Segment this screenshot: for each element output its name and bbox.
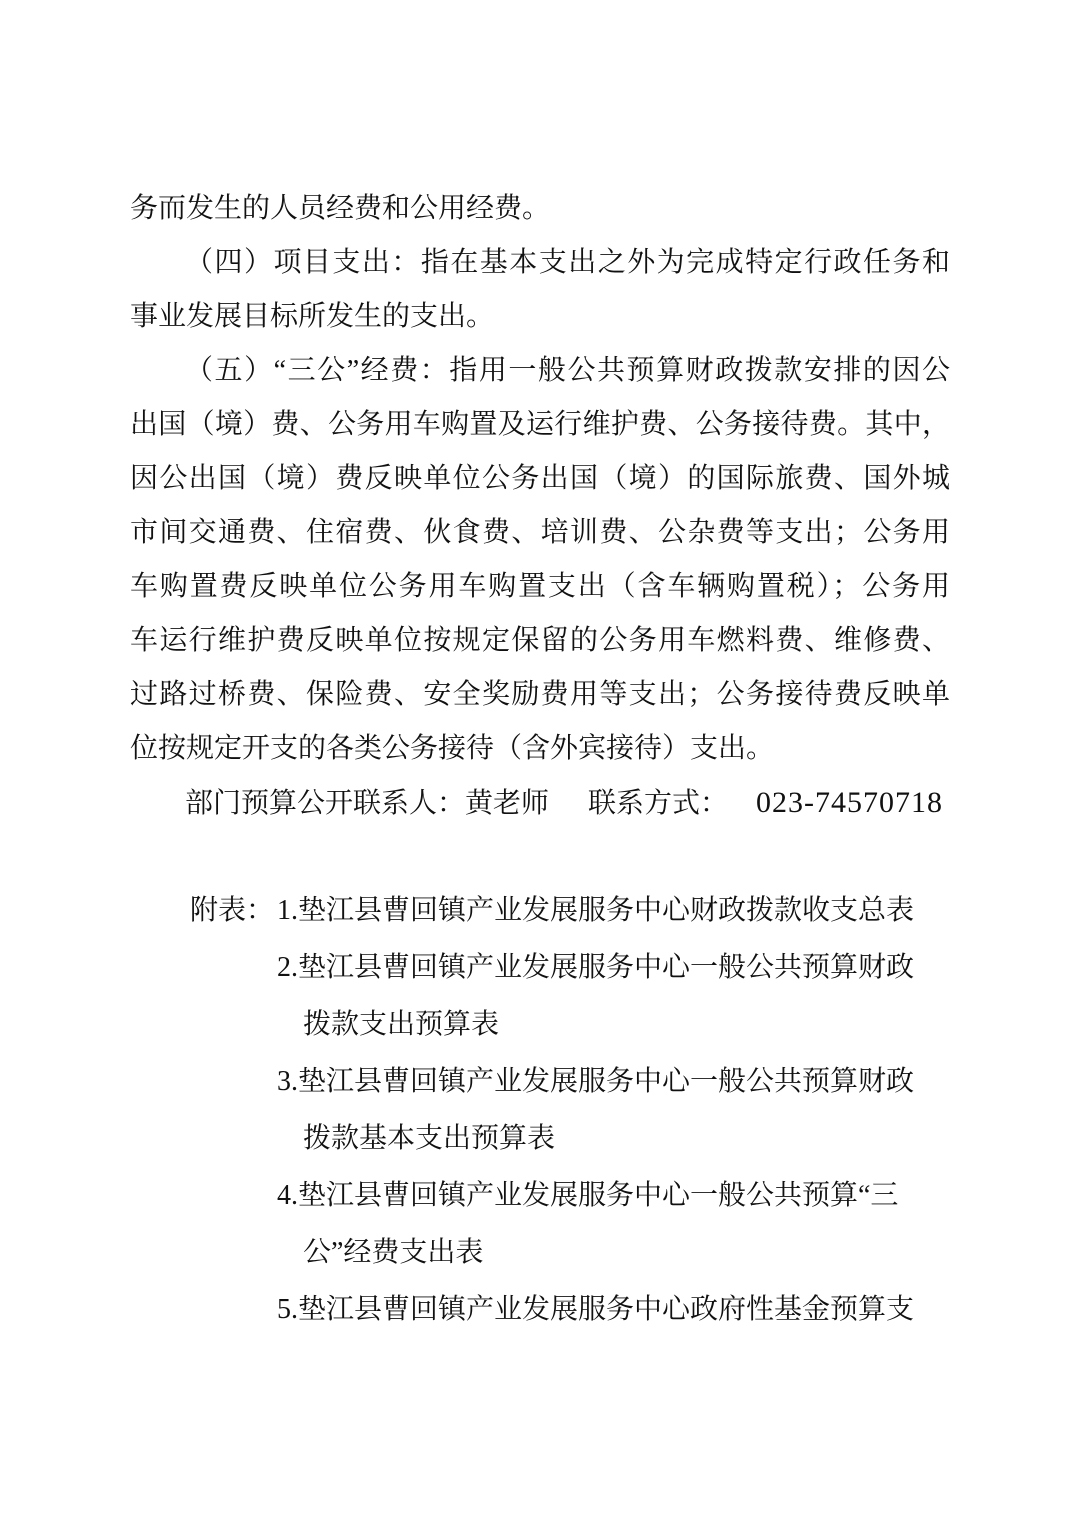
attachment-number: 1.: [277, 895, 298, 926]
attachment-item-line: 5.垫江县曹回镇产业发展服务中心政府性基金预算支: [130, 1281, 950, 1338]
attachment-continuation-line: 拨款基本支出预算表: [130, 1110, 950, 1167]
paragraph-line: 因公出国（境）费反映单位公务出国（境）的国际旅费、国外城: [130, 452, 950, 506]
attachment-text: 垫江县曹回镇产业发展服务中心一般公共预算“三: [298, 1180, 898, 1211]
contact-label: 部门预算公开联系人：: [185, 788, 465, 819]
paragraph-line: 事业发展目标所发生的支出。: [130, 290, 950, 344]
attachment-item-line: 4.垫江县曹回镇产业发展服务中心一般公共预算“三: [130, 1167, 950, 1224]
attachment-item-line: 2.垫江县曹回镇产业发展服务中心一般公共预算财政: [130, 939, 950, 996]
document-body: 务而发生的人员经费和公用经费。（四）项目支出：指在基本支出之外为完成特定行政任务…: [130, 182, 950, 1338]
contact-phone: 023-74570718: [756, 786, 943, 819]
attachment-number: 3.: [277, 1066, 298, 1097]
paragraph-lines: 务而发生的人员经费和公用经费。（四）项目支出：指在基本支出之外为完成特定行政任务…: [130, 182, 950, 776]
attachment-item-line: 3.垫江县曹回镇产业发展服务中心一般公共预算财政: [130, 1053, 950, 1110]
attachment-item-line: 附表：1.垫江县曹回镇产业发展服务中心财政拨款收支总表: [130, 882, 950, 939]
contact-method-label: 联系方式：: [588, 788, 728, 819]
paragraph-line: （五）“三公”经费：指用一般公共预算财政拨款安排的因公: [130, 344, 950, 398]
document-page: 务而发生的人员经费和公用经费。（四）项目支出：指在基本支出之外为完成特定行政任务…: [0, 0, 1074, 1520]
attachment-number: 2.: [277, 952, 298, 983]
contact-line: 部门预算公开联系人：黄老师联系方式：023-74570718: [130, 776, 950, 830]
attachments-section: 附表：1.垫江县曹回镇产业发展服务中心财政拨款收支总表2.垫江县曹回镇产业发展服…: [130, 882, 950, 1338]
attachment-number: 4.: [277, 1180, 298, 1211]
paragraph-line: 车运行维护费反映单位按规定保留的公务用车燃料费、维修费、: [130, 614, 950, 668]
paragraph-line: 出国（境）费、公务用车购置及运行维护费、公务接待费。其中，: [130, 398, 950, 452]
contact-person: 黄老师: [465, 788, 549, 819]
attachment-number: 5.: [277, 1294, 298, 1325]
attachment-text: 垫江县曹回镇产业发展服务中心一般公共预算财政: [298, 1066, 914, 1097]
paragraph-line: （四）项目支出：指在基本支出之外为完成特定行政任务和: [130, 236, 950, 290]
attachment-text: 垫江县曹回镇产业发展服务中心一般公共预算财政: [298, 952, 914, 983]
attachment-continuation-line: 公”经费支出表: [130, 1224, 950, 1281]
paragraph-line: 务而发生的人员经费和公用经费。: [130, 182, 950, 236]
paragraph-line: 市间交通费、住宿费、伙食费、培训费、公杂费等支出；公务用: [130, 506, 950, 560]
attachment-continuation-line: 拨款支出预算表: [130, 996, 950, 1053]
attachments-label: 附表：: [190, 882, 277, 939]
attachment-text: 垫江县曹回镇产业发展服务中心政府性基金预算支: [298, 1294, 914, 1325]
attachment-text: 垫江县曹回镇产业发展服务中心财政拨款收支总表: [298, 895, 914, 926]
paragraph-line: 位按规定开支的各类公务接待（含外宾接待）支出。: [130, 722, 950, 776]
paragraph-line: 过路过桥费、保险费、安全奖励费用等支出；公务接待费反映单: [130, 668, 950, 722]
paragraph-line: 车购置费反映单位公务用车购置支出（含车辆购置税）；公务用: [130, 560, 950, 614]
